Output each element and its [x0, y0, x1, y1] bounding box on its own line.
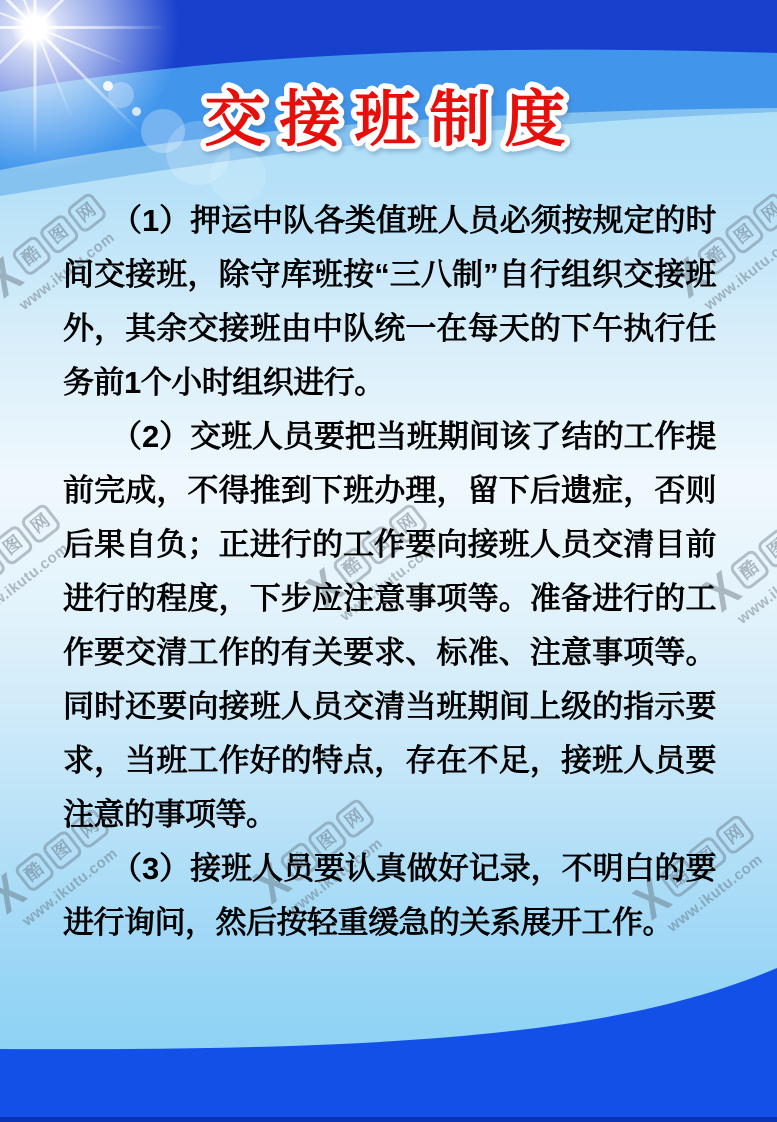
paragraph-1: （1）押运中队各类值班人员必须按规定的时间交接班，除守库班按“三八制”自行组织交…	[63, 194, 716, 410]
sun-icon	[11, 4, 59, 52]
lens-flare-circle	[108, 82, 134, 108]
lens-flare-dot	[132, 107, 141, 116]
paragraph-2: （2）交班人员要把当班期间该了结的工作提前完成，不得推到下班办理，留下后遗症，否…	[63, 410, 716, 842]
paragraph-3: （3）接班人员要认真做好记录，不明白的要进行询问，然后按轻重缓急的关系展开工作。	[63, 842, 716, 950]
body-text-block: （1）押运中队各类值班人员必须按规定的时间交接班，除守库班按“三八制”自行组织交…	[63, 194, 716, 950]
poster-canvas: X酷图网 www.ikutu.com X酷图网 www.ikutu.com X酷…	[0, 0, 777, 1122]
